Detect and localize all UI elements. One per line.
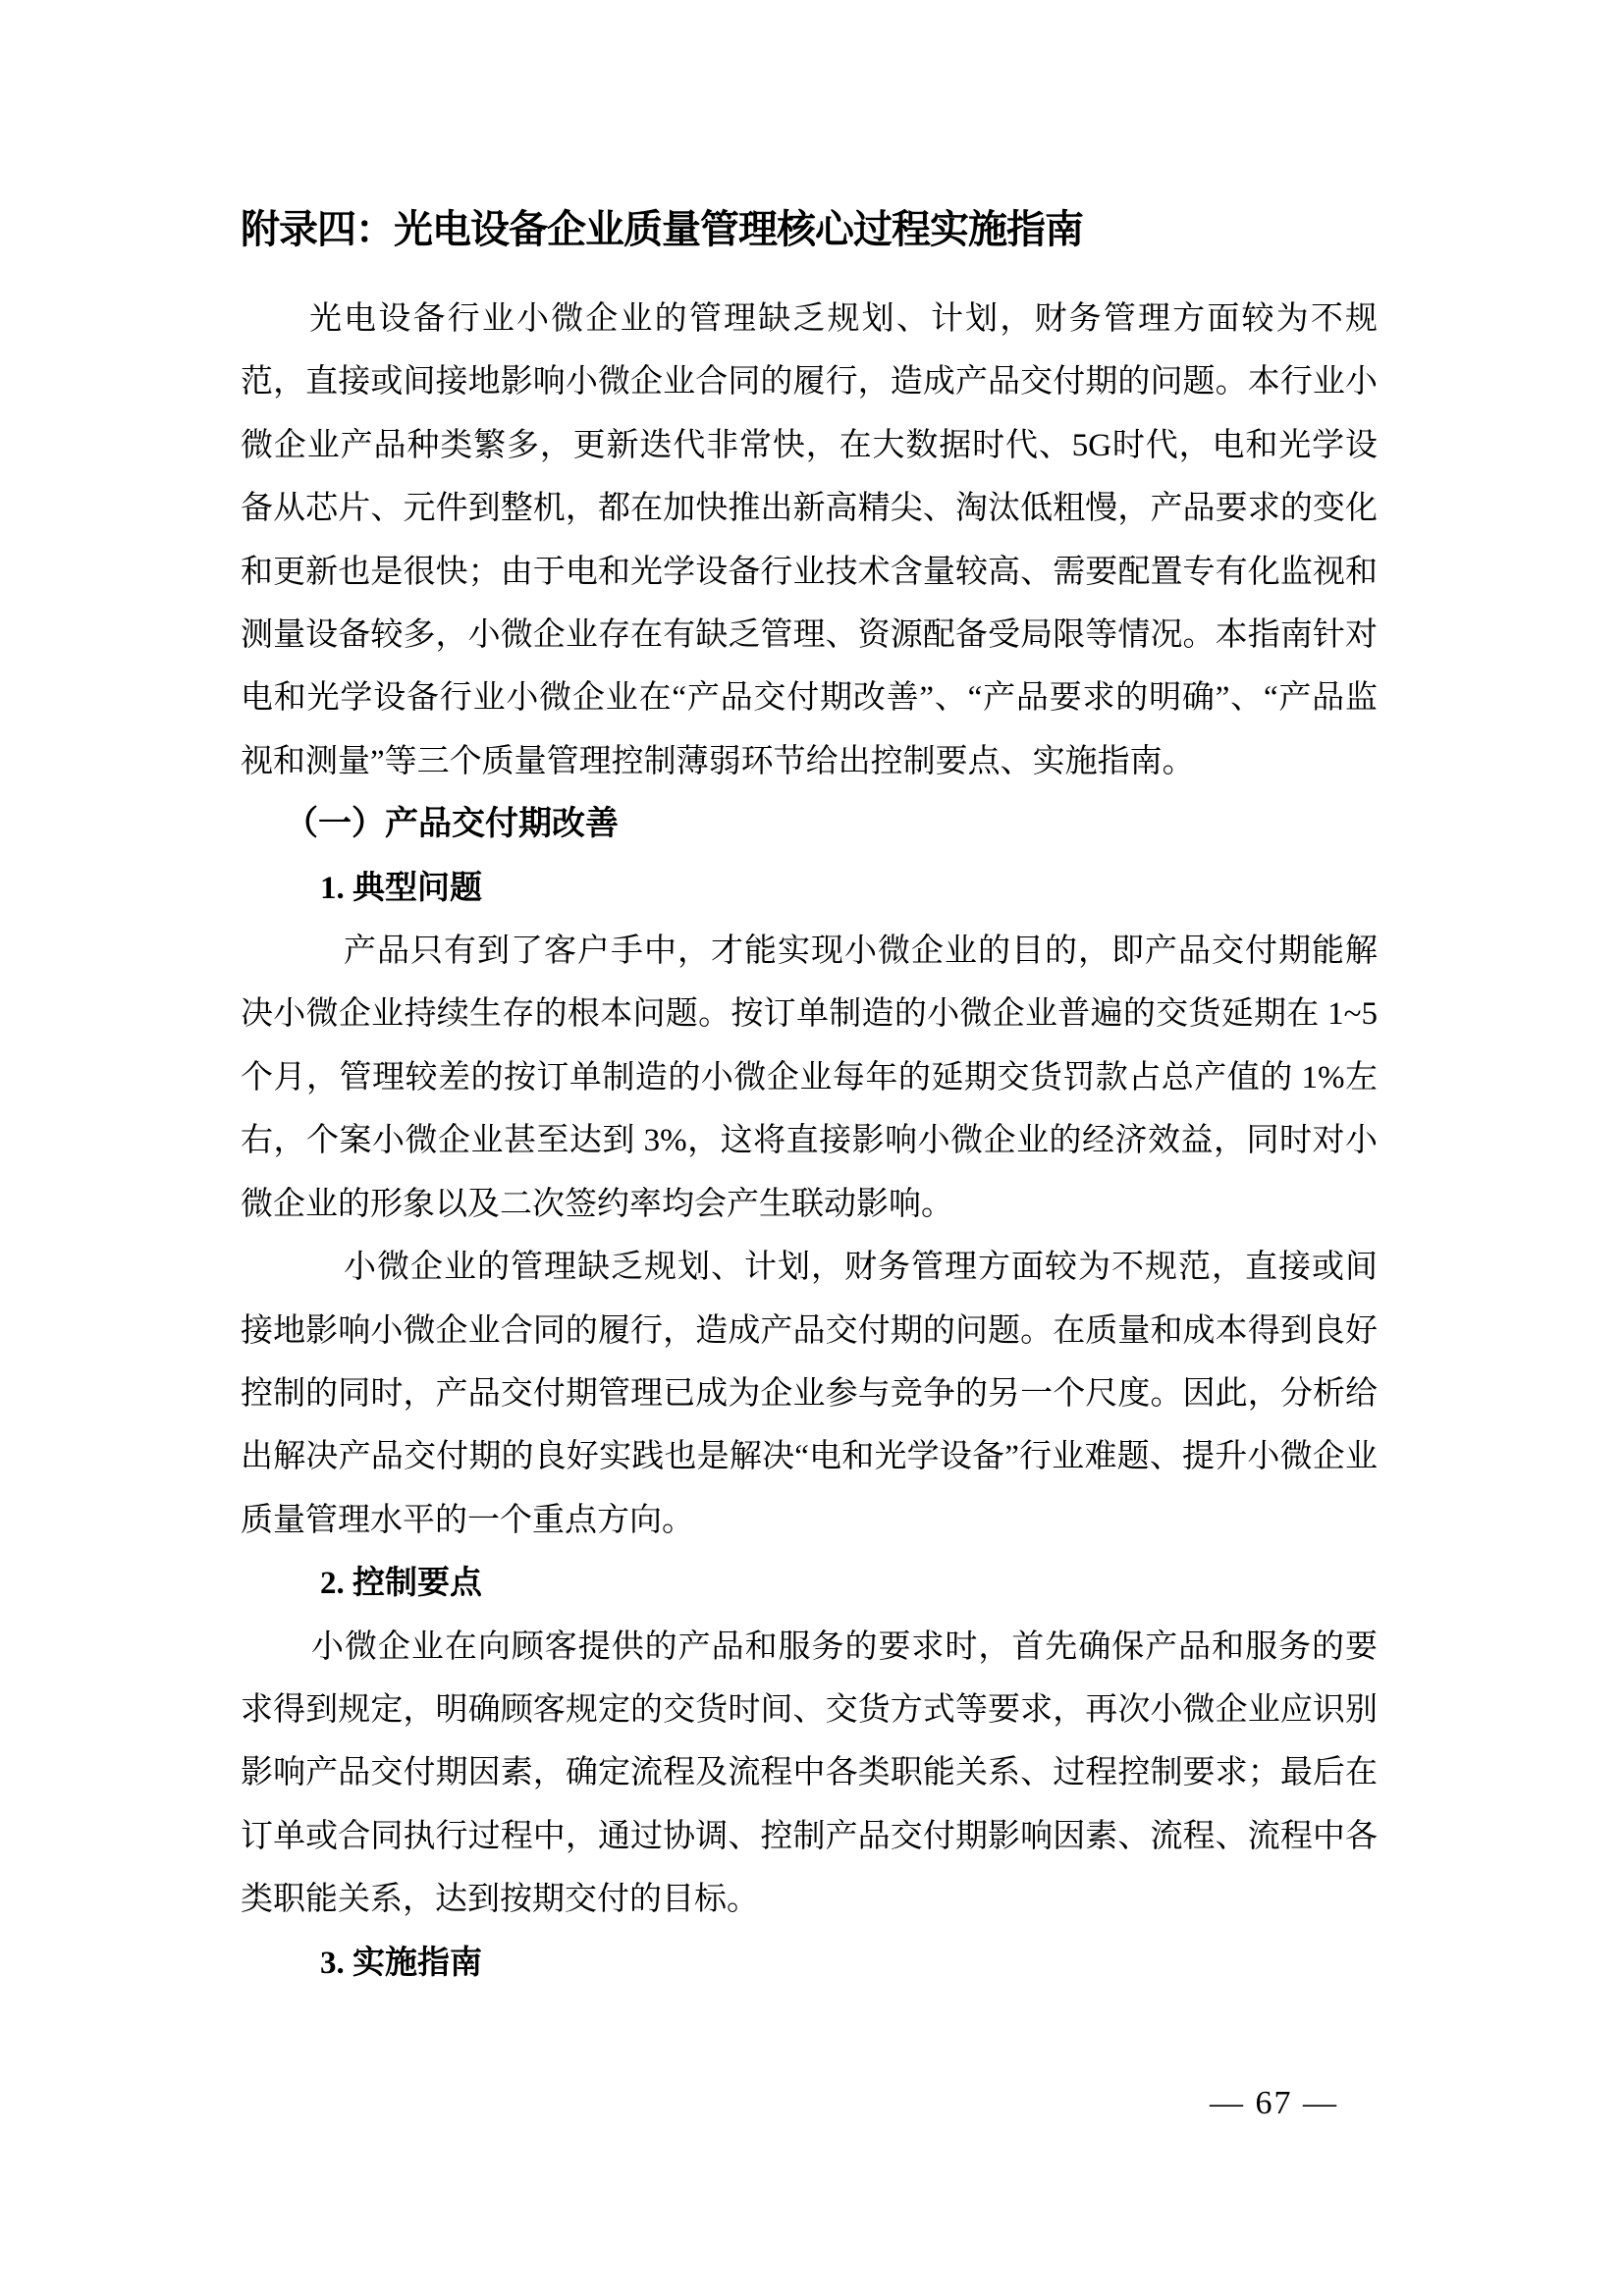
- control-points-paragraph: 小微企业在向顾客提供的产品和服务的要求时，首先确保产品和服务的要求得到规定，明确…: [241, 1616, 1378, 1932]
- subsection-typical-problems-heading: 1. 典型问题: [320, 857, 1378, 920]
- subsection-implementation-guide-heading: 3. 实施指南: [320, 1932, 1378, 1995]
- typical-problems-paragraph-2: 小微企业的管理缺乏规划、计划，财务管理方面较为不规范，直接或间接地影响小微企业合…: [241, 1236, 1378, 1552]
- page-title: 附录四：光电设备企业质量管理核心过程实施指南: [241, 208, 1378, 251]
- document-page: 附录四：光电设备企业质量管理核心过程实施指南 光电设备行业小微企业的管理缺乏规划…: [0, 0, 1624, 2296]
- typical-problems-paragraph-1: 产品只有到了客户手中，才能实现小微企业的目的，即产品交付期能解决小微企业持续生存…: [241, 920, 1378, 1236]
- subsection-control-points-heading: 2. 控制要点: [320, 1552, 1378, 1615]
- intro-paragraph: 光电设备行业小微企业的管理缺乏规划、计划，财务管理方面较为不规范，直接或间接地影…: [241, 288, 1378, 793]
- page-number: — 67 —: [241, 2083, 1378, 2124]
- section-1-heading: （一）产品交付期改善: [285, 793, 1378, 856]
